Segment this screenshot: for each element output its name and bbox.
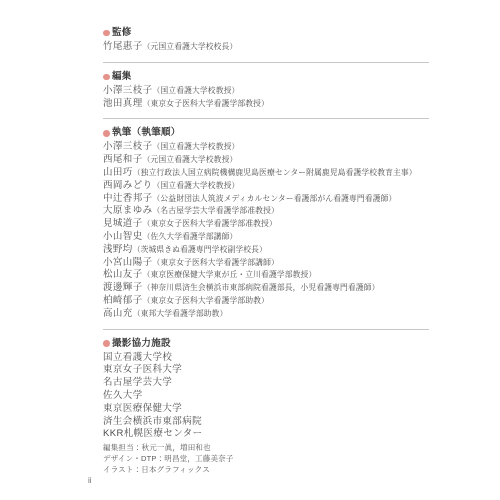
credit-line: イラスト：日本グラフィックス xyxy=(103,464,429,475)
production-credits: 編集担当：秋元一眞，増田和也 デザイン・DTP：明昌堂，工藤美奈子 イラスト：日… xyxy=(103,442,429,475)
section-title: 執筆（執筆順） xyxy=(112,126,181,140)
list-item: 竹尾惠子（元国立看護大学校校長） xyxy=(103,41,429,54)
member-name: 西尾和子 xyxy=(103,154,143,165)
member-name: 大原まゆみ xyxy=(103,205,153,216)
list-item: 西尾和子（元国立看護大学校教授） xyxy=(103,154,429,167)
list-item: KKR札幌医療センター xyxy=(103,428,429,441)
member-name: 東京女子医科大学 xyxy=(103,364,182,375)
page-number: ii xyxy=(88,476,92,485)
section-title: 監修 xyxy=(112,26,132,40)
list-item: 松山友子（東京医療保健大学東が丘・立川看護学部教授） xyxy=(103,269,429,282)
list-item: 中辻香邦子（公益財団法人筑波メディカルセンター看護部がん看護専門看護師） xyxy=(103,193,429,206)
credits-section: 執筆（執筆順） 小澤三枝子（国立看護大学校教授） 西尾和子（元国立看護大学校教授… xyxy=(103,126,429,320)
member-name: 見城道子 xyxy=(103,218,143,229)
member-name: 佐久大学 xyxy=(103,390,143,401)
list-item: 済生会横浜市東部病院 xyxy=(103,416,429,429)
member-affiliation: （公益財団法人筑波メディカルセンター看護部がん看護専門看護師） xyxy=(153,194,397,203)
list-item: 山田巧（独立行政法人国立病院機構鹿児島医療センター附属鹿児島看護学校教育主事） xyxy=(103,167,429,180)
list-item: 大原まゆみ（名古屋学芸大学看護学部准教授） xyxy=(103,205,429,218)
bullet-icon xyxy=(103,130,110,137)
list-item: 見城道子（東京女子医科大学看護学部准教授） xyxy=(103,218,429,231)
list-item: 小澤三枝子（国立看護大学校教授） xyxy=(103,141,429,154)
list-item: 東京女子医科大学 xyxy=(103,364,429,377)
member-list: 国立看護大学校 東京女子医科大学 名古屋学芸大学 佐久大学 東京医療保健大学 済… xyxy=(103,352,429,442)
member-affiliation: （国立看護大学校教授） xyxy=(153,86,240,95)
list-item: 小澤三枝子（国立看護大学校教授） xyxy=(103,85,429,98)
member-name: 小山智史 xyxy=(103,231,143,242)
section-header: 監修 xyxy=(103,26,429,40)
member-name: 国立看護大学校 xyxy=(103,352,172,363)
member-affiliation: （独立行政法人国立病院機構鹿児島医療センター附属鹿児島看護学校教育主事） xyxy=(133,168,417,177)
member-name: 中辻香邦子 xyxy=(103,193,153,204)
member-list: 竹尾惠子（元国立看護大学校校長） xyxy=(103,41,429,54)
credits-section: 撮影協力施設 国立看護大学校 東京女子医科大学 名古屋学芸大学 佐久大学 東京医… xyxy=(103,337,429,442)
member-affiliation: （佐久大学看護学部講師） xyxy=(143,232,238,241)
member-name: 済生会横浜市東部病院 xyxy=(103,416,202,427)
member-affiliation: （元国立看護大学校教授） xyxy=(143,155,238,164)
member-affiliation: （東京女子医科大学看護学部准教授） xyxy=(143,219,277,228)
bullet-icon xyxy=(103,74,110,81)
member-name: 名古屋学芸大学 xyxy=(103,377,172,388)
credit-line: デザイン・DTP：明昌堂，工藤美奈子 xyxy=(103,453,429,464)
list-item: 渡邊輝子（神奈川県済生会横浜市東部病院看護部長，小児看護専門看護師） xyxy=(103,282,429,295)
member-name: 渡邊輝子 xyxy=(103,282,143,293)
member-name: 松山友子 xyxy=(103,269,143,280)
member-affiliation: （東京女子医科大学看護学部助教） xyxy=(143,296,269,305)
member-name: 池田真理 xyxy=(103,98,143,109)
section-title: 撮影協力施設 xyxy=(112,337,171,351)
section-header: 撮影協力施設 xyxy=(103,337,429,351)
credits-section: 編集 小澤三枝子（国立看護大学校教授） 池田真理（東京女子医科大学看護学部教授） xyxy=(103,70,429,111)
credits-section: 監修 竹尾惠子（元国立看護大学校校長） xyxy=(103,26,429,54)
member-name: 小宮山陽子 xyxy=(103,257,153,268)
section-divider xyxy=(103,62,429,63)
book-credits-page: 監修 竹尾惠子（元国立看護大学校校長） 編集 小澤三枝子（国立看護大学校教授） … xyxy=(0,0,500,500)
list-item: 柏崎郁子（東京女子医科大学看護学部助教） xyxy=(103,295,429,308)
member-name: 小澤三枝子 xyxy=(103,85,153,96)
list-item: 佐久大学 xyxy=(103,390,429,403)
member-list: 小澤三枝子（国立看護大学校教授） 池田真理（東京女子医科大学看護学部教授） xyxy=(103,85,429,111)
member-name: 山田巧 xyxy=(103,167,133,178)
member-affiliation: （東京医療保健大学東が丘・立川看護学部教授） xyxy=(143,270,317,279)
member-affiliation: （茨城県きぬ看護専門学校副学校長） xyxy=(133,245,267,254)
member-affiliation: （国立看護大学校教授） xyxy=(153,142,240,151)
member-name: 西岡みどり xyxy=(103,180,153,191)
member-affiliation: （元国立看護大学校校長） xyxy=(143,42,238,51)
list-item: 池田真理（東京女子医科大学看護学部教授） xyxy=(103,98,429,111)
content-area: 監修 竹尾惠子（元国立看護大学校校長） 編集 小澤三枝子（国立看護大学校教授） … xyxy=(103,26,429,441)
list-item: 名古屋学芸大学 xyxy=(103,377,429,390)
member-name: 柏崎郁子 xyxy=(103,295,143,306)
member-affiliation: （東京女子医科大学看護学部教授） xyxy=(143,99,269,108)
member-name: KKR札幌医療センター xyxy=(103,428,203,439)
list-item: 国立看護大学校 xyxy=(103,352,429,365)
member-affiliation: （名古屋学芸大学看護学部准教授） xyxy=(153,206,279,215)
list-item: 小山智史（佐久大学看護学部講師） xyxy=(103,231,429,244)
member-list: 小澤三枝子（国立看護大学校教授） 西尾和子（元国立看護大学校教授） 山田巧（独立… xyxy=(103,141,429,320)
section-divider xyxy=(103,329,429,330)
member-affiliation: （東邦大学看護学部助教） xyxy=(133,309,228,318)
member-affiliation: （国立看護大学校教授） xyxy=(153,181,240,190)
section-header: 執筆（執筆順） xyxy=(103,126,429,140)
member-name: 竹尾惠子 xyxy=(103,41,143,52)
list-item: 高山充（東邦大学看護学部助教） xyxy=(103,308,429,321)
list-item: 西岡みどり（国立看護大学校教授） xyxy=(103,180,429,193)
list-item: 東京医療保健大学 xyxy=(103,403,429,416)
section-divider xyxy=(103,118,429,119)
list-item: 浅野均（茨城県きぬ看護専門学校副学校長） xyxy=(103,244,429,257)
member-affiliation: （神奈川県済生会横浜市東部病院看護部長，小児看護専門看護師） xyxy=(143,283,380,292)
member-affiliation: （東京女子医科大学看護学部講師） xyxy=(153,258,279,267)
member-name: 高山充 xyxy=(103,308,133,319)
bullet-icon xyxy=(103,30,110,37)
list-item: 小宮山陽子（東京女子医科大学看護学部講師） xyxy=(103,257,429,270)
section-title: 編集 xyxy=(112,70,132,84)
member-name: 小澤三枝子 xyxy=(103,141,153,152)
bullet-icon xyxy=(103,340,110,347)
credit-line: 編集担当：秋元一眞，増田和也 xyxy=(103,442,429,453)
member-name: 浅野均 xyxy=(103,244,133,255)
member-name: 東京医療保健大学 xyxy=(103,403,182,414)
section-header: 編集 xyxy=(103,70,429,84)
